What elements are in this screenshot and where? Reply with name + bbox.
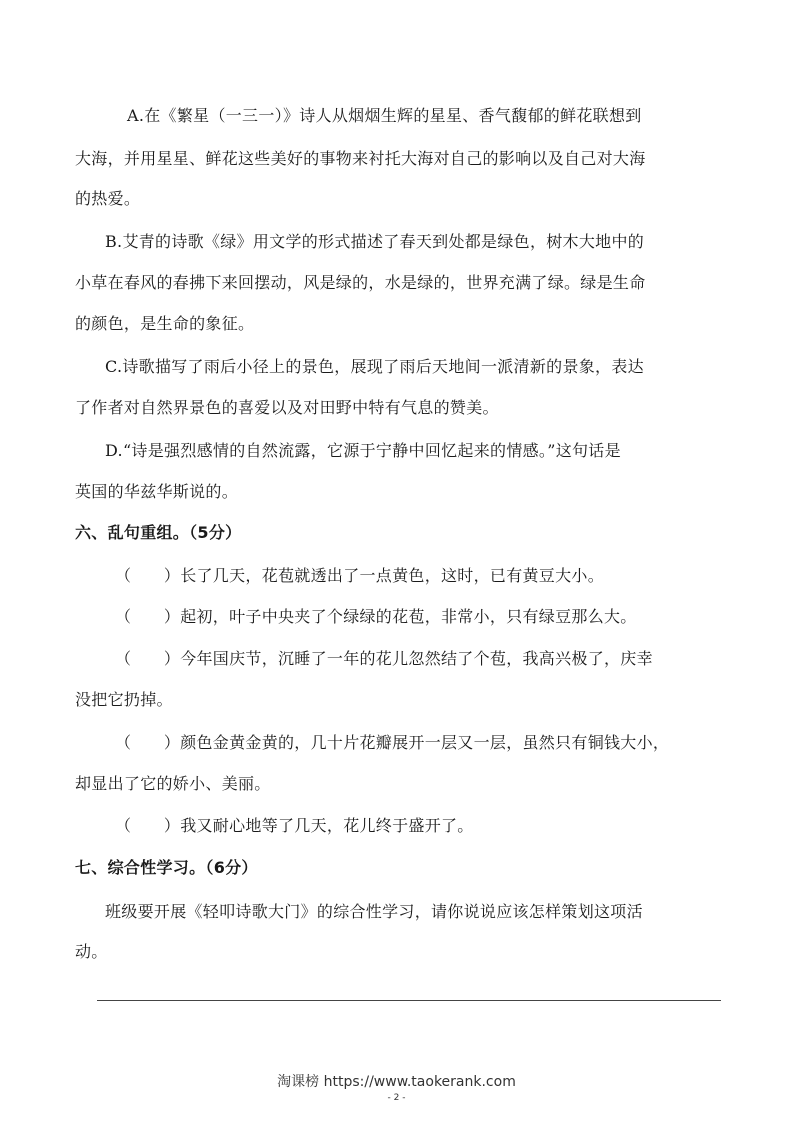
option-b-line-2: 小草在春风的春拂下来回摆动，风是绿的，水是绿的，世界充满了绿。绿是生命: [75, 273, 646, 293]
reorder-sentence: 长了几天，花苞就透出了一点黄色，这时，已有黄豆大小。: [180, 566, 604, 585]
reorder-item-4-cont: 却显出了它的娇小、美丽。: [75, 774, 271, 794]
option-b-line-1: B.艾青的诗歌《绿》用文学的形式描述了春天到处都是绿色，树木大地中的: [105, 232, 644, 252]
section-6-heading: 六、乱句重组。（5分）: [75, 523, 241, 543]
answer-blank[interactable]: （ ）: [115, 649, 180, 668]
answer-blank[interactable]: （ ）: [115, 733, 180, 752]
section-7-prompt-line-2: 动。: [75, 942, 108, 962]
footer-site: 淘课榜 https://www.taokerank.com: [0, 1071, 793, 1091]
reorder-item-4: （ ）颜色金黄金黄的，几十片花瓣展开一层又一层，虽然只有铜钱大小，: [115, 733, 669, 753]
reorder-item-3: （ ）今年国庆节，沉睡了一年的花儿忽然结了个苞，我高兴极了，庆幸: [115, 649, 653, 669]
answer-blank[interactable]: （ ）: [115, 566, 180, 585]
option-d-line-1: D.“诗是强烈感情的自然流露，它源于宁静中回忆起来的情感。”这句话是: [105, 441, 621, 461]
option-b-line-3: 的颜色，是生命的象征。: [75, 314, 254, 334]
answer-blank[interactable]: （ ）: [115, 816, 180, 835]
option-a-line-2: 大海，并用星星、鲜花这些美好的事物来衬托大海对自己的影响以及自己对大海: [75, 149, 646, 169]
reorder-item-1: （ ）长了几天，花苞就透出了一点黄色，这时，已有黄豆大小。: [115, 566, 604, 586]
answer-blank[interactable]: （ ）: [115, 607, 180, 626]
reorder-item-3-cont: 没把它扔掉。: [75, 690, 173, 710]
reorder-sentence: 颜色金黄金黄的，几十片花瓣展开一层又一层，虽然只有铜钱大小，: [180, 733, 669, 752]
option-a-line-1: A.在《繁星（一三一）》诗人从烟烟生辉的星星、香气馥郁的鲜花联想到: [127, 106, 642, 126]
reorder-sentence: 起初，叶子中央夹了个绿绿的花苞，非常小，只有绿豆那么大。: [180, 607, 636, 626]
section-7-prompt-line-1: 班级要开展《轻叩诗歌大门》的综合性学习，请你说说应该怎样策划这项活: [105, 902, 643, 922]
option-c-line-2: 了作者对自然界景色的喜爱以及对田野中特有气息的赞美。: [75, 398, 499, 418]
reorder-item-5: （ ）我又耐心地等了几天，花儿终于盛开了。: [115, 816, 474, 836]
reorder-sentence: 我又耐心地等了几天，花儿终于盛开了。: [180, 816, 473, 835]
option-d-line-2: 英国的华兹华斯说的。: [75, 482, 238, 502]
option-a-line-3: 的热爱。: [75, 189, 140, 209]
page-number: - 2 -: [0, 1093, 793, 1103]
option-c-line-1: C.诗歌描写了雨后小径上的景色，展现了雨后天地间一派清新的景象，表达: [105, 357, 644, 377]
reorder-sentence: 今年国庆节，沉睡了一年的花儿忽然结了个苞，我高兴极了，庆幸: [180, 649, 653, 668]
answer-line[interactable]: [97, 1000, 721, 1001]
reorder-item-2: （ ）起初，叶子中央夹了个绿绿的花苞，非常小，只有绿豆那么大。: [115, 607, 637, 627]
section-7-heading: 七、综合性学习。（6分）: [75, 858, 258, 878]
